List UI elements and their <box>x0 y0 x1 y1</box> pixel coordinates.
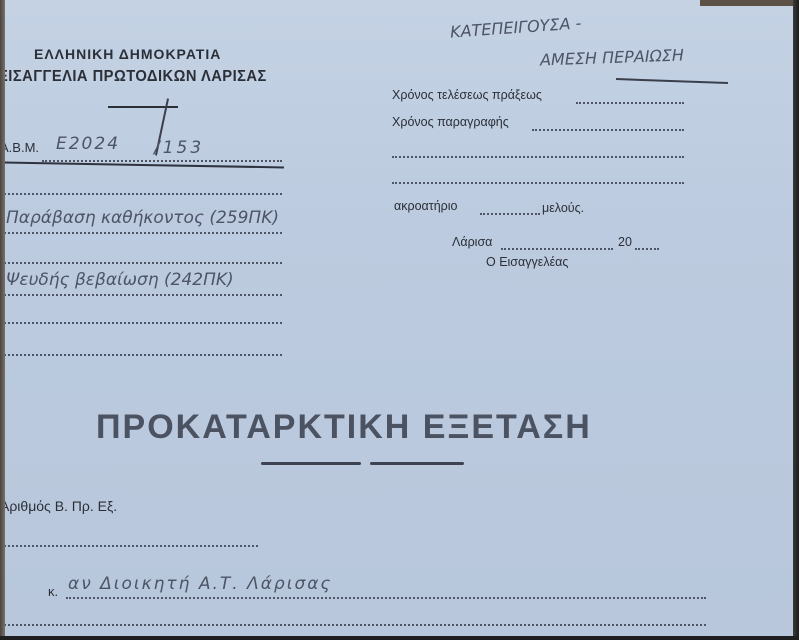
date-field[interactable] <box>501 248 613 250</box>
abm-suffix: /153 <box>154 138 204 158</box>
year-field[interactable] <box>635 248 659 250</box>
annotation-underline <box>616 78 728 84</box>
place-label: Λάρισα <box>452 235 492 249</box>
court-label: ακροατήριο <box>394 199 458 213</box>
offense-line-5 <box>4 354 282 356</box>
title-ornament-right <box>370 462 464 465</box>
court-suffix: μελούς. <box>542 201 584 215</box>
offense-entry-1: Παράβαση καθήκοντος (259ΠΚ) <box>6 208 279 228</box>
offense-line-3 <box>4 294 282 296</box>
abm-dotted-line <box>42 160 282 162</box>
page-right-edge <box>793 0 799 640</box>
extra-line-1[interactable] <box>392 156 684 158</box>
recipient-extra-line[interactable] <box>4 624 706 626</box>
crime-time-field[interactable] <box>576 102 684 104</box>
urgent-annotation-line2: ΑΜΕΣΗ ΠΕΡΑΙΩΣΗ <box>540 45 684 69</box>
abm-value: Ε2024 <box>56 134 120 154</box>
offense-line-1 <box>4 232 282 234</box>
prosecutor-office-heading: ΕΙΣΑΓΓΕΛΙΑ ΠΡΩΤΟΔΙΚΩΝ ΛΑΡΙΣΑΣ <box>0 68 267 86</box>
recipient-label: κ. <box>48 584 58 599</box>
title-ornament-left <box>261 462 361 465</box>
court-field[interactable] <box>480 213 540 215</box>
limitation-label: Χρόνος παραγραφής <box>392 115 509 129</box>
recipient-value: αν Διοικητή Α.Τ. Λάρισας <box>68 574 332 594</box>
form-title: ΠΡΟΚΑΤΑΡΚΤΙΚΗ ΕΞΕΤΑΣΗ <box>96 408 592 447</box>
office-underline <box>108 106 178 108</box>
abm-underline <box>4 162 284 169</box>
year-prefix: 20 <box>618 235 632 249</box>
abm-label: Α.Β.Μ. <box>0 140 39 155</box>
offense-entry-2: Ψευδής βεβαίωση (242ΠΚ) <box>6 270 234 290</box>
extra-line-2[interactable] <box>392 182 684 184</box>
registry-field[interactable] <box>4 545 258 547</box>
urgent-annotation-line1: ΚΑΤΕΠΕΙΓΟΥΣΑ - <box>449 13 581 41</box>
crime-time-label: Χρόνος τελέσεως πράξεως <box>392 88 542 102</box>
background-bottom-edge <box>0 636 799 640</box>
offense-line-2 <box>4 262 282 264</box>
form-page: ΕΛΛΗΝΙΚΗ ΔΗΜΟΚΡΑΤΙΑ ΕΙΣΑΓΓΕΛΙΑ ΠΡΩΤΟΔΙΚΩ… <box>4 0 794 634</box>
page-left-edge <box>0 0 5 640</box>
limitation-field[interactable] <box>532 129 684 131</box>
background-top-edge <box>700 0 799 6</box>
signatory-label: Ο Εισαγγελέας <box>486 255 568 269</box>
recipient-field[interactable] <box>66 597 706 599</box>
offense-line-4 <box>4 322 282 324</box>
registry-label: Αριθμός Β. Πρ. Εξ. <box>0 498 117 514</box>
republic-heading: ΕΛΛΗΝΙΚΗ ΔΗΜΟΚΡΑΤΙΑ <box>34 46 221 62</box>
offense-line-0 <box>4 193 282 195</box>
